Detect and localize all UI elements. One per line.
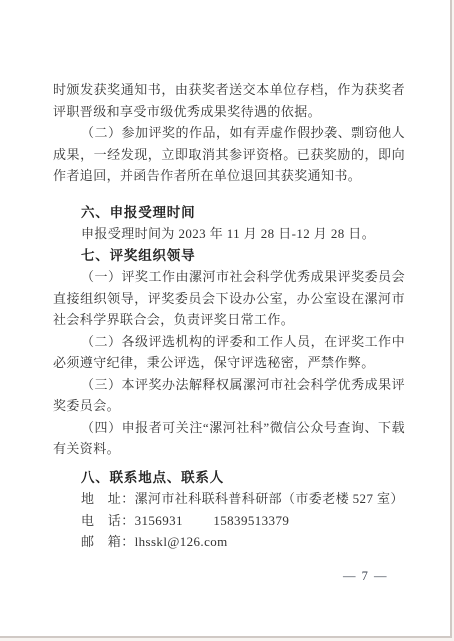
paragraph-continuation: 时颁发获奖通知书，由获奖者送交本单位存档，作为获奖者评职晋级和享受市级优秀成果奖… xyxy=(53,79,405,122)
document-page: 时颁发获奖通知书，由获奖者送交本单位存档，作为获奖者评职晋级和享受市级优秀成果奖… xyxy=(0,0,452,638)
paragraph-org-2: （二）各级评选机构的评委和工作人员，在评奖工作中必须遵守纪律，秉公评选，保守评选… xyxy=(53,331,405,374)
page-number: — 7 — xyxy=(343,569,388,584)
paragraph-org-4: （四）申报者可关注“漯河社科”微信公众号查询、下载有关资料。 xyxy=(53,417,405,460)
paragraph-org-3: （三）本评奖办法解释权属漯河市社会科学优秀成果评奖委员会。 xyxy=(53,374,405,417)
paragraph-item-2: （二）参加评奖的作品，如有弄虚作假抄袭、剽窃他人成果，一经发现，立即取消其参评资… xyxy=(53,122,405,187)
paragraph-deadline: 申报受理时间为 2023 年 11 月 28 日-12 月 28 日。 xyxy=(53,223,405,245)
contact-address-line: 地 址：漯河市社科联科普科研部（市委老楼 527 室） xyxy=(53,488,405,510)
section-heading-6: 六、申报受理时间 xyxy=(53,202,405,224)
document-content: 时颁发获奖通知书，由获奖者送交本单位存档，作为获奖者评职晋级和享受市级优秀成果奖… xyxy=(0,0,450,553)
section-heading-8: 八、联系地点、联系人 xyxy=(53,467,405,489)
paragraph-org-1: （一）评奖工作由漯河市社会科学优秀成果评奖委员会直接组织领导，评奖委员会下设办公… xyxy=(53,266,405,331)
contact-phone-line: 电 话：3156931 15839513379 xyxy=(53,510,405,532)
contact-email-line: 邮 箱：lhsskl@126.com xyxy=(53,531,405,553)
section-heading-7: 七、评奖组织领导 xyxy=(53,245,405,267)
